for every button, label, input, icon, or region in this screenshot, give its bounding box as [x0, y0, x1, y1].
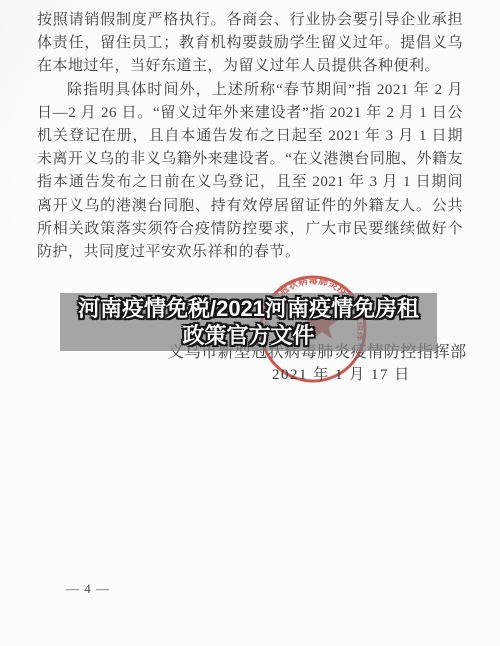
body-line: 按照请销假制度严格执行。各商会、行业协会要引导企业承担主: [37, 9, 463, 32]
signature-date: 2021 年 1 月 17 日: [272, 363, 411, 384]
body-line: 日—2 月 26 日。“留义过年外来建设者”指 2021 年 2 月 1 日公安: [37, 102, 463, 125]
caption-title-line-1: 河南疫情免税/2021河南疫情免房租: [78, 295, 419, 322]
body-line: 指本通告发布之日前在义乌登记，且至 2021 年 3 月 1 日期间未: [37, 171, 463, 194]
body-line: 在本地过年，当好东道主，为留义过年人员提供各种便利。: [37, 55, 463, 78]
document-body-text: 按照请销假制度严格执行。各商会、行业协会要引导企业承担主 体责任，留住员工；教育…: [37, 9, 463, 264]
body-line: 机关登记在册，且自本通告发布之日起至 2021 年 3 月 1 日期间: [37, 125, 463, 148]
body-line: 所相关政策落实须符合疫情防控要求，广大市民要继续做好个人: [37, 218, 463, 241]
body-line: 离开义乌的港澳台同胞、持有效停居留证件的外籍友人。公共场: [37, 195, 463, 218]
document-scan-page: 按照请销假制度严格执行。各商会、行业协会要引导企业承担主 体责任，留住员工；教育…: [0, 0, 500, 646]
body-line: 体责任，留住员工；教育机构要鼓励学生留义过年。提倡义乌人: [37, 32, 463, 55]
body-line: 除指明具体时间外，上述所称“春节期间”指 2021 年 2 月 11: [37, 79, 463, 102]
page-number: — 4 —: [58, 581, 118, 597]
body-line: 未离开义乌的非义乌籍外来建设者。“在义港澳台同胞、外籍友人”: [37, 148, 463, 171]
caption-title-line-2: 政策官方文件: [182, 322, 314, 349]
caption-overlay-band: 河南疫情免税/2021河南疫情免房租 政策官方文件: [60, 293, 437, 351]
body-line: 防护，共同度过平安欢乐祥和的春节。: [37, 241, 463, 264]
